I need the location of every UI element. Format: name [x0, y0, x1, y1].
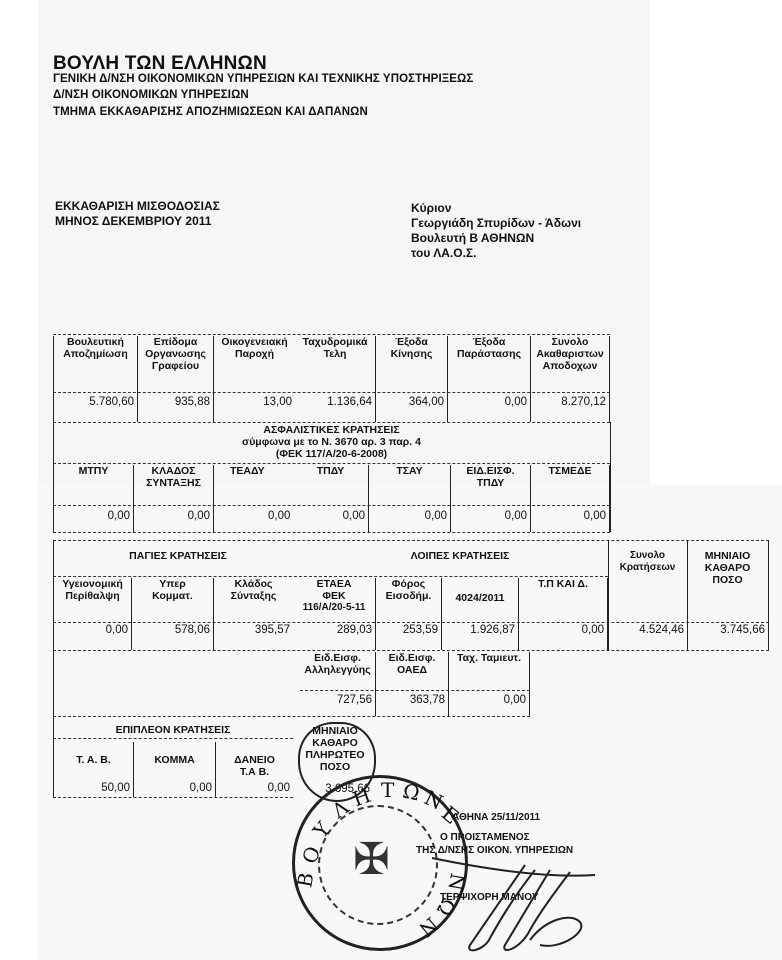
header-text: 4024/2011 — [442, 592, 518, 604]
recipient-role: Βουλευτή Β ΑΘΗΝΩΝ — [411, 231, 534, 245]
header-text: ΤΕΑΔΥ — [214, 465, 293, 477]
fixed-deductions-title: ΠΑΓΙΕΣ ΚΡΑΤΗΣΕΙΣ — [53, 550, 303, 562]
extra-col-solidarity: Ειδ.Εισφ. Αλληλεγγύης 727,56 — [300, 652, 375, 716]
earnings-value: 0,00 — [505, 396, 530, 408]
insurance-value: 0,00 — [188, 510, 213, 522]
header-text: Ειδ.Εισφ. — [300, 652, 375, 664]
place-date: ΑΘΗΝΑ 25/11/2011 — [452, 812, 540, 823]
extra-value: 727,56 — [337, 694, 375, 706]
header-text: ΤΣΑΥ — [369, 465, 450, 477]
insurance-value: 0,00 — [584, 510, 609, 522]
header-text: Υγειονομική — [54, 578, 131, 590]
deduction-col-income-tax: Φόρος Εισοδήμ. 253,59 — [375, 578, 441, 650]
department-line: ΤΜΗΜΑ ΕΚΚΑΘΑΡΙΣΗΣ ΑΠΟΖΗΜΙΩΣΕΩΝ ΚΑΙ ΔΑΠΑΝ… — [53, 106, 368, 118]
subject-line-2: ΜΗΝΟΣ ΔΕΚΕΜΒΡΙΟΥ 2011 — [55, 214, 211, 228]
table-border — [610, 422, 611, 532]
header-text: Οικογενειακή — [214, 336, 295, 348]
header-text: ΕΙΔ.ΕΙΣΦ. — [451, 465, 530, 477]
deduction-col-party: Υπερ Κομματ. 578,06 — [131, 578, 213, 650]
extra-col-oaed: Ειδ.Εισφ. ΟΑΕΔ 363,78 — [375, 652, 448, 716]
header-text: Αλληλεγγύης — [300, 664, 375, 676]
insurance-title: ΑΣΦΑΛΙΣΤΙΚΕΣ ΚΡΑΤΗΣΕΙΣ σύμφωνα με το Ν. … — [53, 424, 610, 460]
additional-value: 0,00 — [190, 782, 215, 794]
header-text: Εισοδήμ. — [376, 590, 441, 602]
earnings-col-office-allowance: Επίδομα Οργανωσης Γραφείου 935,88 — [137, 336, 213, 422]
deduction-col-health: Υγειονομική Περίθαλψη 0,00 — [53, 578, 131, 650]
table-rule — [53, 738, 293, 739]
title-text: σύμφωνα με το Ν. 3670 αρ. 3 παρ. 4 — [53, 436, 610, 448]
header-text: ΤΣΜΕΔΕ — [531, 465, 609, 477]
table-rule — [53, 540, 769, 541]
deduction-value: 289,03 — [337, 624, 375, 636]
table-rule — [53, 463, 610, 464]
total-deductions-value: 4.524,46 — [608, 624, 687, 636]
total-deductions-header: Συνολο Κρατήσεων — [608, 550, 687, 574]
handwritten-signature-icon — [430, 850, 600, 960]
insurance-col-pension-branch: ΚΛΑΔΟΣ ΣΥΝΤΑΞΗΣ 0,00 — [133, 465, 213, 532]
header-text: Ακαθαριστων — [531, 348, 609, 360]
header-text: 116/Α/20-5-11 — [293, 602, 375, 614]
earnings-value: 1.136,64 — [327, 396, 375, 408]
header-text: Σύνταξης — [214, 590, 293, 602]
directorate-general-line: ΓΕΝΙΚΗ Δ/ΝΣΗ ΟΙΚΟΝΟΜΙΚΩΝ ΥΠΗΡΕΣΙΩΝ ΚΑΙ Τ… — [53, 73, 473, 85]
title-text: (ΦΕΚ 117/Α/20-6-2008) — [53, 448, 610, 460]
header-text: Έξοδα — [376, 336, 447, 348]
header-text: Παράστασης — [448, 348, 530, 360]
header-text: ΚΛΑΔΟΣ — [134, 465, 213, 477]
recipient-party: του ΛΑ.Ο.Σ. — [411, 246, 476, 260]
header-text: Ειδ.Εισφ. — [376, 652, 448, 664]
header-text: Κομματ. — [132, 590, 213, 602]
insurance-value: 0,00 — [505, 510, 530, 522]
header-text: Έξοδα — [448, 336, 530, 348]
header-text: ΚΑΘΑΡΟ — [687, 562, 768, 574]
insurance-value: 0,00 — [425, 510, 450, 522]
header-text: Ταχυδρομικά — [295, 336, 375, 348]
additional-col-tab: Τ. Α. Β. 50,00 — [53, 742, 133, 797]
earnings-col-representation-expenses: Έξοδα Παράστασης 0,00 — [447, 336, 530, 422]
additional-value: 0,00 — [268, 782, 293, 794]
monthly-net-value: 3.745,66 — [687, 624, 768, 636]
insurance-col-teady: ΤΕΑΔΥ 0,00 — [213, 465, 293, 532]
header-text: Κλάδος — [214, 578, 293, 590]
deduction-col-pension-branch: Κλάδος Σύνταξης 395,57 — [213, 578, 293, 650]
deduction-value: 0,00 — [582, 624, 607, 636]
coat-of-arms-cross-icon: ✠ — [353, 838, 390, 882]
insurance-value: 0,00 — [268, 510, 293, 522]
insurance-col-tsay: ΤΣΑΥ 0,00 — [368, 465, 450, 532]
deduction-value: 1.926,87 — [470, 624, 518, 636]
header-text: ΕΤΑΕΑ — [293, 578, 375, 590]
deduction-value: 395,57 — [255, 624, 293, 636]
earnings-col-travel-expenses: Έξοδα Κίνησης 364,00 — [375, 336, 447, 422]
extra-col-postal-savings: Ταχ. Ταμιευτ. 0,00 — [448, 652, 530, 716]
header-text: ΜΗΝΙΑΙΟ — [687, 550, 768, 562]
table-rule — [53, 576, 608, 577]
deduction-value: 0,00 — [106, 624, 131, 636]
header-text: ΟΑΕΔ — [376, 664, 448, 676]
header-text: ΤΠΔΥ — [293, 465, 368, 477]
header-text: Τελη — [295, 348, 375, 360]
header-text: Περίθαλψη — [54, 590, 131, 602]
header-text: Γραφείου — [138, 360, 213, 372]
insurance-col-tpdy: ΤΠΔΥ 0,00 — [293, 465, 368, 532]
insurance-col-mtpy: ΜΤΠΥ 0,00 — [53, 465, 133, 532]
institution-title: ΒΟΥΛΗ ΤΩΝ ΕΛΛΗΝΩΝ — [53, 53, 267, 75]
additional-col-party: ΚΟΜΜΑ 0,00 — [133, 742, 215, 797]
header-text: ΠΟΣΟ — [687, 574, 768, 586]
additional-col-tab-loan: ΔΑΝΕΙΟ Τ.Α Β. 0,00 — [215, 742, 293, 797]
table-rule — [53, 650, 769, 651]
earnings-col-postage: Ταχυδρομικά Τελη 1.136,64 — [295, 336, 375, 422]
earnings-value: 13,00 — [263, 396, 295, 408]
deduction-col-etaea: ΕΤΑΕΑ ΦΕΚ 116/Α/20-5-11 289,03 — [293, 578, 375, 650]
header-text: Συνολο — [531, 336, 609, 348]
deduction-value: 253,59 — [403, 624, 441, 636]
subject-line-1: ΕΚΚΑΘΑΡΙΣΗ ΜΙΣΘΟΔΟΣΙΑΣ — [55, 199, 220, 213]
header-text: Ταχ. Ταμιευτ. — [449, 652, 529, 664]
table-rule — [53, 716, 530, 717]
deduction-col-tp-d: Τ.Π ΚΑΙ Δ. 0,00 — [518, 578, 608, 650]
table-rule — [53, 797, 293, 798]
header-text: ΦΕΚ — [293, 590, 375, 602]
table-rule — [53, 532, 610, 533]
header-text: Συνολο — [608, 550, 687, 562]
extra-value: 363,78 — [410, 694, 448, 706]
signatory-role-line-1: Ο ΠΡΟΙΣΤΑΜΕΝΟΣ — [440, 832, 530, 843]
earnings-value: 5.780,60 — [89, 396, 137, 408]
recipient-salutation: Κύριον — [411, 201, 451, 215]
table-border — [768, 540, 769, 650]
header-text: Βουλευτική — [54, 336, 137, 348]
table-rule — [53, 334, 610, 335]
insurance-value: 0,00 — [108, 510, 133, 522]
earnings-value: 8.270,12 — [561, 396, 609, 408]
earnings-col-family-benefit: Οικογενειακή Παροχή 13,00 — [213, 336, 295, 422]
recipient-name: Γεωργιάδη Σπυρίδων - Άδωνι — [411, 216, 581, 230]
header-text: ΚΟΜΜΑ — [134, 754, 215, 766]
header-text: ΜΤΠΥ — [54, 465, 133, 477]
insurance-col-tsmede: ΤΣΜΕΔΕ 0,00 — [530, 465, 610, 532]
earnings-col-gross-total: Συνολο Ακαθαριστων Αποδοχων 8.270,12 — [530, 336, 610, 422]
header-text: Κίνησης — [376, 348, 447, 360]
header-text: Αποδοχων — [531, 360, 609, 372]
earnings-col-mp-compensation: Βουλευτική Αποζημίωση 5.780,60 — [53, 336, 137, 422]
seal-letter: Τ — [381, 778, 394, 802]
table-rule — [53, 422, 610, 423]
directorate-line: Δ/ΝΣΗ ΟΙΚΟΝΟΜΙΚΩΝ ΥΠΗΡΕΣΙΩΝ — [53, 89, 249, 101]
deduction-col-4024-2011: 4024/2011 1.926,87 — [441, 578, 518, 650]
header-text: Τ.Π ΚΑΙ Δ. — [519, 578, 607, 590]
additional-deductions-title: ΕΠΙΠΛΕΟΝ ΚΡΑΤΗΣΕΙΣ — [53, 724, 293, 736]
table-border — [53, 650, 54, 716]
title-text: ΑΣΦΑΛΙΣΤΙΚΕΣ ΚΡΑΤΗΣΕΙΣ — [53, 424, 610, 436]
header-text: Επίδομα — [138, 336, 213, 348]
header-text: Φόρος — [376, 578, 441, 590]
header-text: ΣΥΝΤΑΞΗΣ — [134, 477, 213, 489]
header-text: Τ.Α Β. — [216, 766, 293, 778]
header-text: Κρατήσεων — [608, 562, 687, 574]
insurance-col-special-tpdy: ΕΙΔ.ΕΙΣΦ. ΤΠΔΥ 0,00 — [450, 465, 530, 532]
earnings-value: 935,88 — [175, 396, 213, 408]
insurance-value: 0,00 — [343, 510, 368, 522]
table-rule — [300, 690, 530, 691]
header-text: Αποζημίωση — [54, 348, 137, 360]
deduction-value: 578,06 — [175, 624, 213, 636]
earnings-value: 364,00 — [409, 396, 447, 408]
additional-value: 50,00 — [101, 782, 133, 794]
header-text: Παροχή — [214, 348, 295, 360]
header-text: Οργανωσης — [138, 348, 213, 360]
extra-value: 0,00 — [504, 694, 529, 706]
header-text: ΔΑΝΕΙΟ — [216, 754, 293, 766]
header-text: Υπερ — [132, 578, 213, 590]
header-text: ΤΠΔΥ — [451, 477, 530, 489]
monthly-net-header: ΜΗΝΙΑΙΟ ΚΑΘΑΡΟ ΠΟΣΟ — [687, 550, 768, 586]
other-deductions-title: ΛΟΙΠΕΣ ΚΡΑΤΗΣΕΙΣ — [340, 550, 580, 562]
header-text: Τ. Α. Β. — [54, 754, 133, 766]
